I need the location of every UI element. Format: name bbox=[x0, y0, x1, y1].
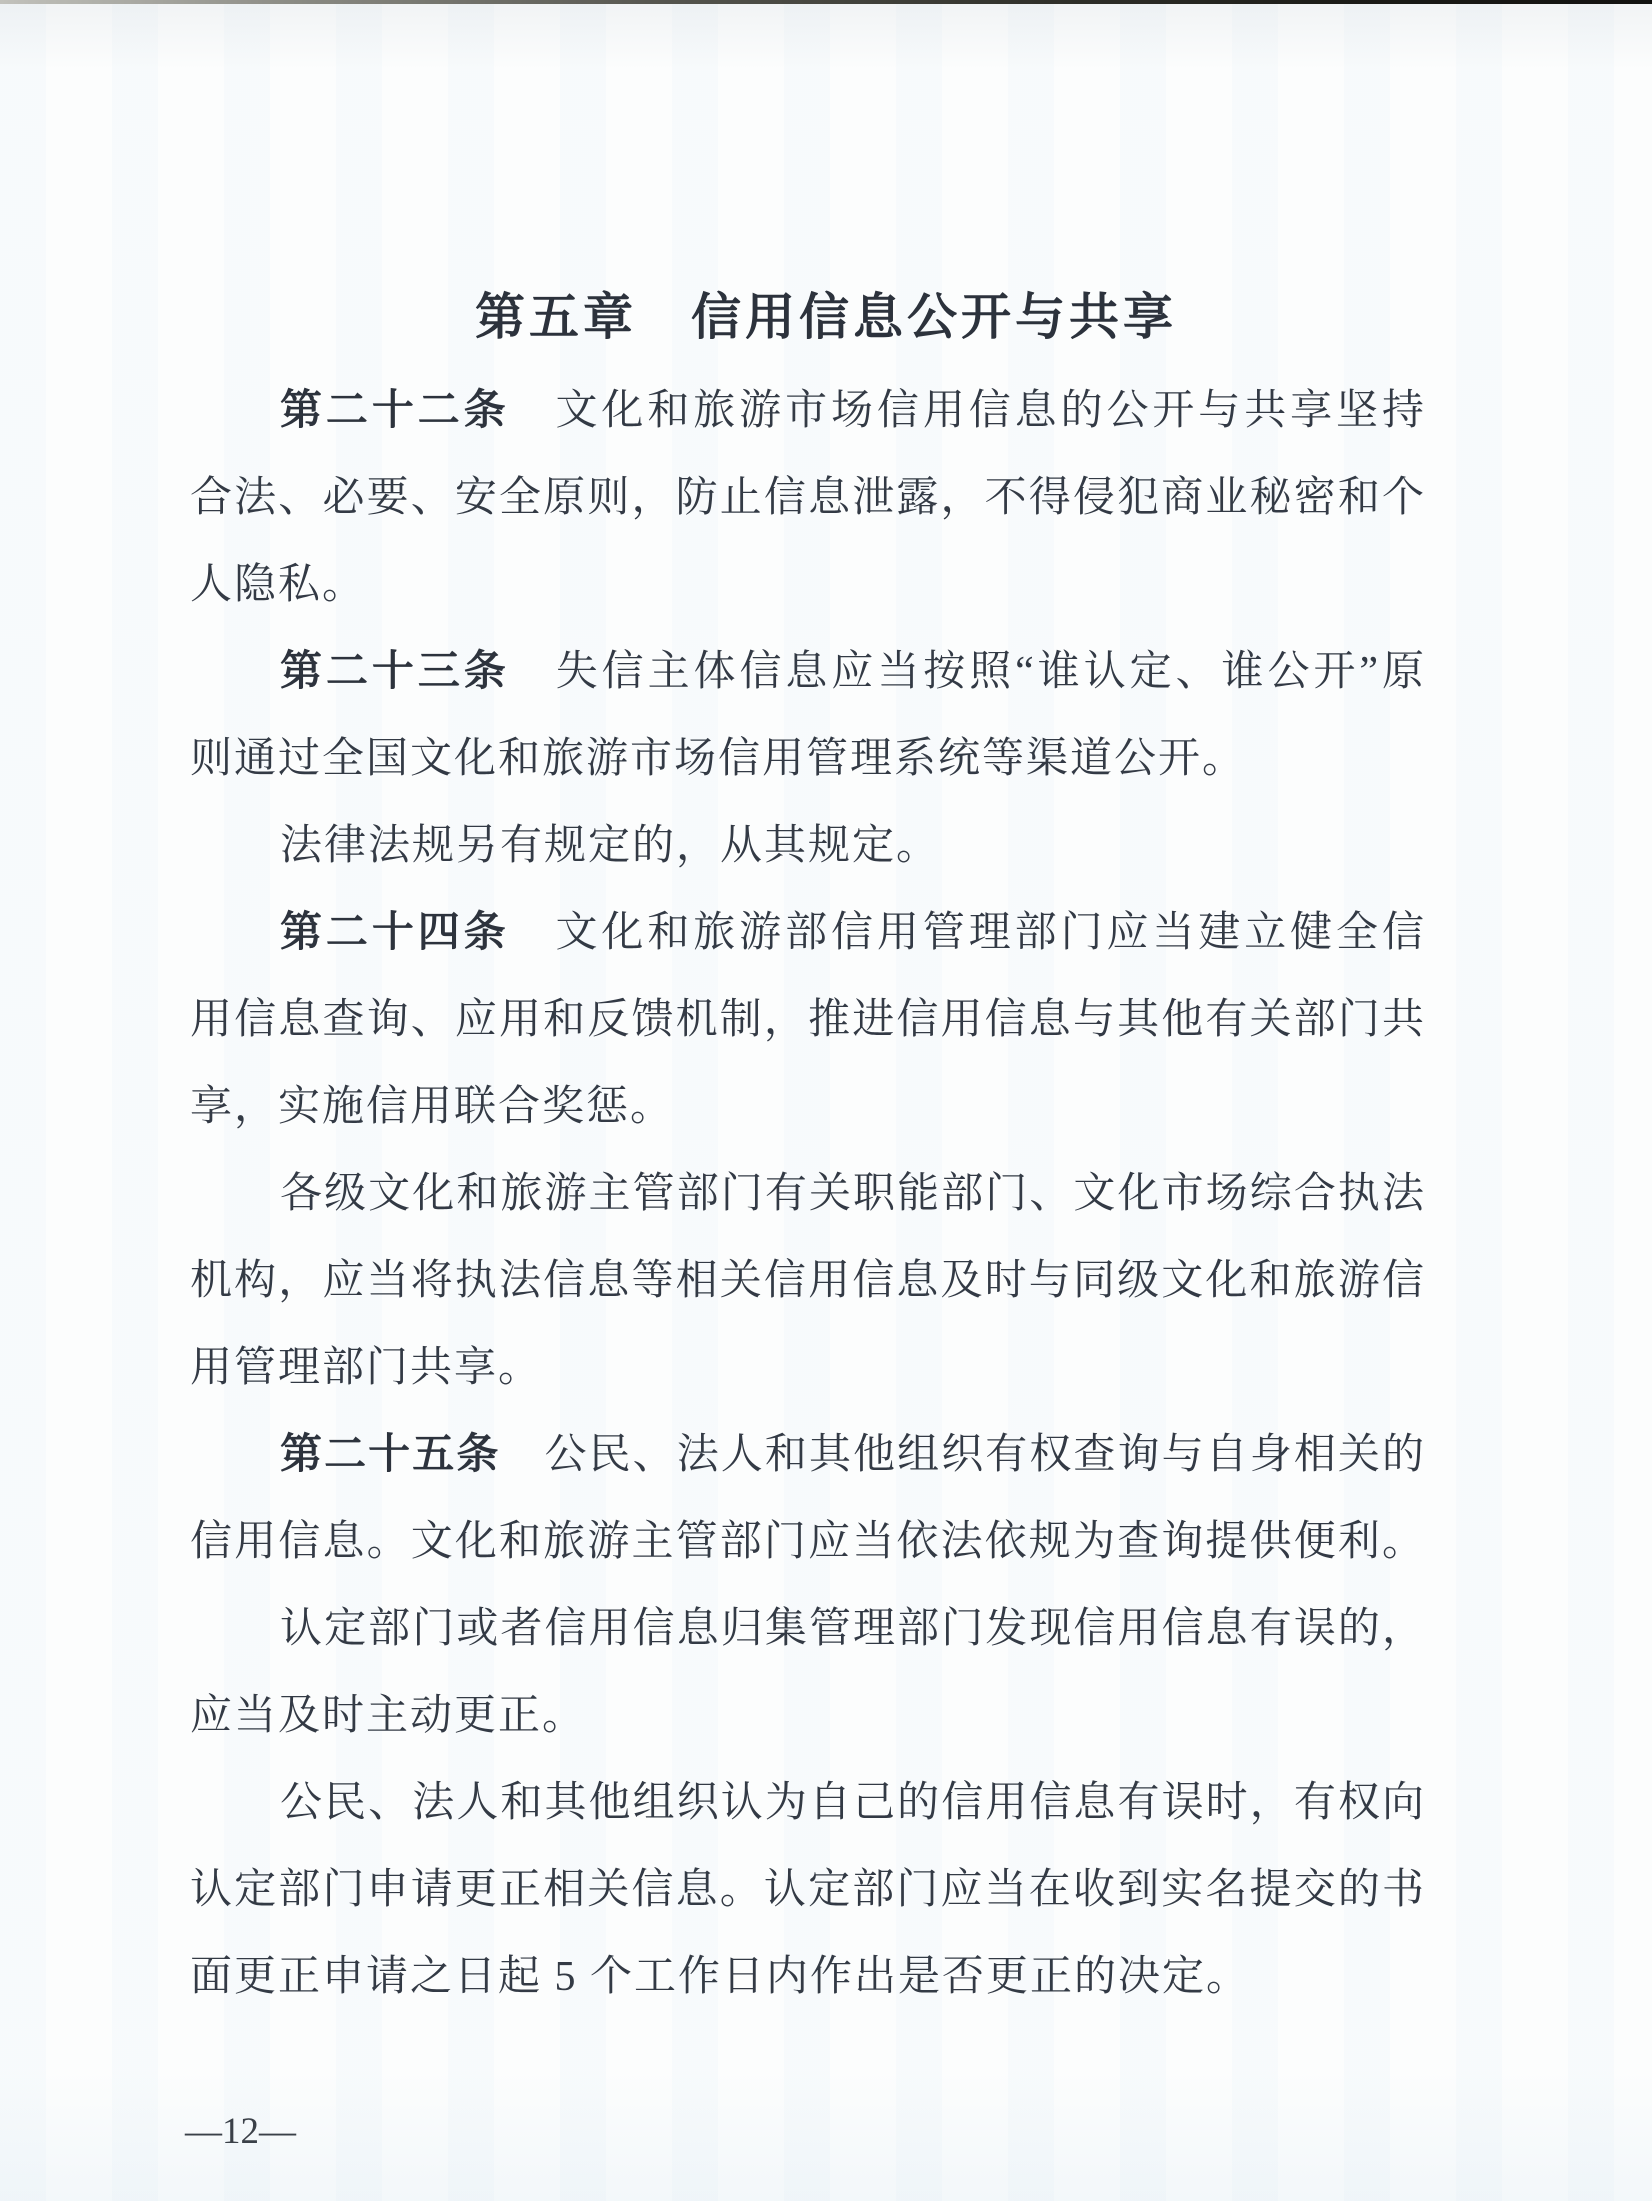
article-number: 第二十二条 bbox=[280, 388, 510, 434]
document-page: 第五章 信用信息公开与共享 第二十二条 文化和旅游市场信用信息的公开与共享坚持合… bbox=[0, 0, 1652, 2201]
body-line: 机构，应当将执法信息等相关信用信息及时与同级文化和旅游信 bbox=[190, 1238, 1424, 1325]
body-line: 法律法规另有规定的，从其规定。 bbox=[190, 803, 1424, 890]
body-line-text: 认定部门申请更正相关信息。认定部门应当在收到实名提交的书 bbox=[190, 1867, 1424, 1913]
body-line-text: 机构，应当将执法信息等相关信用信息及时与同级文化和旅游信 bbox=[190, 1258, 1424, 1304]
article-number: 第二十四条 bbox=[280, 910, 510, 956]
body-line: 人隐私。 bbox=[190, 542, 1424, 629]
body-line-text: 合法、必要、安全原则，防止信息泄露，不得侵犯商业秘密和个 bbox=[190, 475, 1424, 521]
body-line: 第二十四条 文化和旅游部信用管理部门应当建立健全信 bbox=[190, 890, 1424, 977]
body-line: 应当及时主动更正。 bbox=[190, 1673, 1424, 1760]
body-line: 则通过全国文化和旅游市场信用管理系统等渠道公开。 bbox=[190, 716, 1424, 803]
body-line: 用信息查询、应用和反馈机制，推进信用信息与其他有关部门共 bbox=[190, 977, 1424, 1064]
scan-artifact-top-edge bbox=[0, 0, 1652, 4]
chapter-title: 第五章 信用信息公开与共享 bbox=[0, 286, 1652, 348]
body-line: 第二十五条 公民、法人和其他组织有权查询与自身相关的 bbox=[190, 1412, 1424, 1499]
body-line: 用管理部门共享。 bbox=[190, 1325, 1424, 1412]
body-line: 合法、必要、安全原则，防止信息泄露，不得侵犯商业秘密和个 bbox=[190, 455, 1424, 542]
body-line-text: 用信息查询、应用和反馈机制，推进信用信息与其他有关部门共 bbox=[190, 997, 1424, 1043]
document-body: 第二十二条 文化和旅游市场信用信息的公开与共享坚持合法、必要、安全原则，防止信息… bbox=[190, 368, 1424, 2021]
page-number: —12— bbox=[185, 2110, 296, 2154]
body-line-text: 失信主体信息应当按照“谁认定、谁公开”原 bbox=[510, 649, 1424, 695]
body-line: 享，实施信用联合奖惩。 bbox=[190, 1064, 1424, 1151]
body-line-text: 文化和旅游部信用管理部门应当建立健全信 bbox=[510, 910, 1424, 956]
body-line: 认定部门或者信用信息归集管理部门发现信用信息有误的， bbox=[190, 1586, 1424, 1673]
body-line: 第二十二条 文化和旅游市场信用信息的公开与共享坚持 bbox=[190, 368, 1424, 455]
article-number: 第二十三条 bbox=[280, 649, 510, 695]
body-line: 信用信息。文化和旅游主管部门应当依法依规为查询提供便利。 bbox=[190, 1499, 1424, 1586]
body-line: 认定部门申请更正相关信息。认定部门应当在收到实名提交的书 bbox=[190, 1847, 1424, 1934]
body-line-text: 认定部门或者信用信息归集管理部门发现信用信息有误的， bbox=[280, 1606, 1424, 1652]
body-line-text: 享，实施信用联合奖惩。 bbox=[190, 1084, 674, 1130]
body-line-text: 各级文化和旅游主管部门有关职能部门、文化市场综合执法 bbox=[280, 1171, 1424, 1217]
article-number: 第二十五条 bbox=[280, 1432, 500, 1478]
body-line-text: 应当及时主动更正。 bbox=[190, 1693, 586, 1739]
body-line-text: 信用信息。文化和旅游主管部门应当依法依规为查询提供便利。 bbox=[190, 1519, 1424, 1565]
body-line: 面更正申请之日起 5 个工作日内作出是否更正的决定。 bbox=[190, 1934, 1424, 2021]
body-line-text: 人隐私。 bbox=[190, 562, 366, 608]
body-line-text: 法律法规另有规定的，从其规定。 bbox=[280, 823, 940, 869]
body-line: 各级文化和旅游主管部门有关职能部门、文化市场综合执法 bbox=[190, 1151, 1424, 1238]
body-line: 公民、法人和其他组织认为自己的信用信息有误时，有权向 bbox=[190, 1760, 1424, 1847]
body-line-text: 用管理部门共享。 bbox=[190, 1345, 542, 1391]
body-line-text: 文化和旅游市场信用信息的公开与共享坚持 bbox=[510, 388, 1424, 434]
body-line-text: 则通过全国文化和旅游市场信用管理系统等渠道公开。 bbox=[190, 736, 1246, 782]
body-line-text: 公民、法人和其他组织有权查询与自身相关的 bbox=[500, 1432, 1424, 1478]
body-line: 第二十三条 失信主体信息应当按照“谁认定、谁公开”原 bbox=[190, 629, 1424, 716]
body-line-text: 面更正申请之日起 5 个工作日内作出是否更正的决定。 bbox=[190, 1954, 1250, 2000]
body-line-text: 公民、法人和其他组织认为自己的信用信息有误时，有权向 bbox=[280, 1780, 1424, 1826]
